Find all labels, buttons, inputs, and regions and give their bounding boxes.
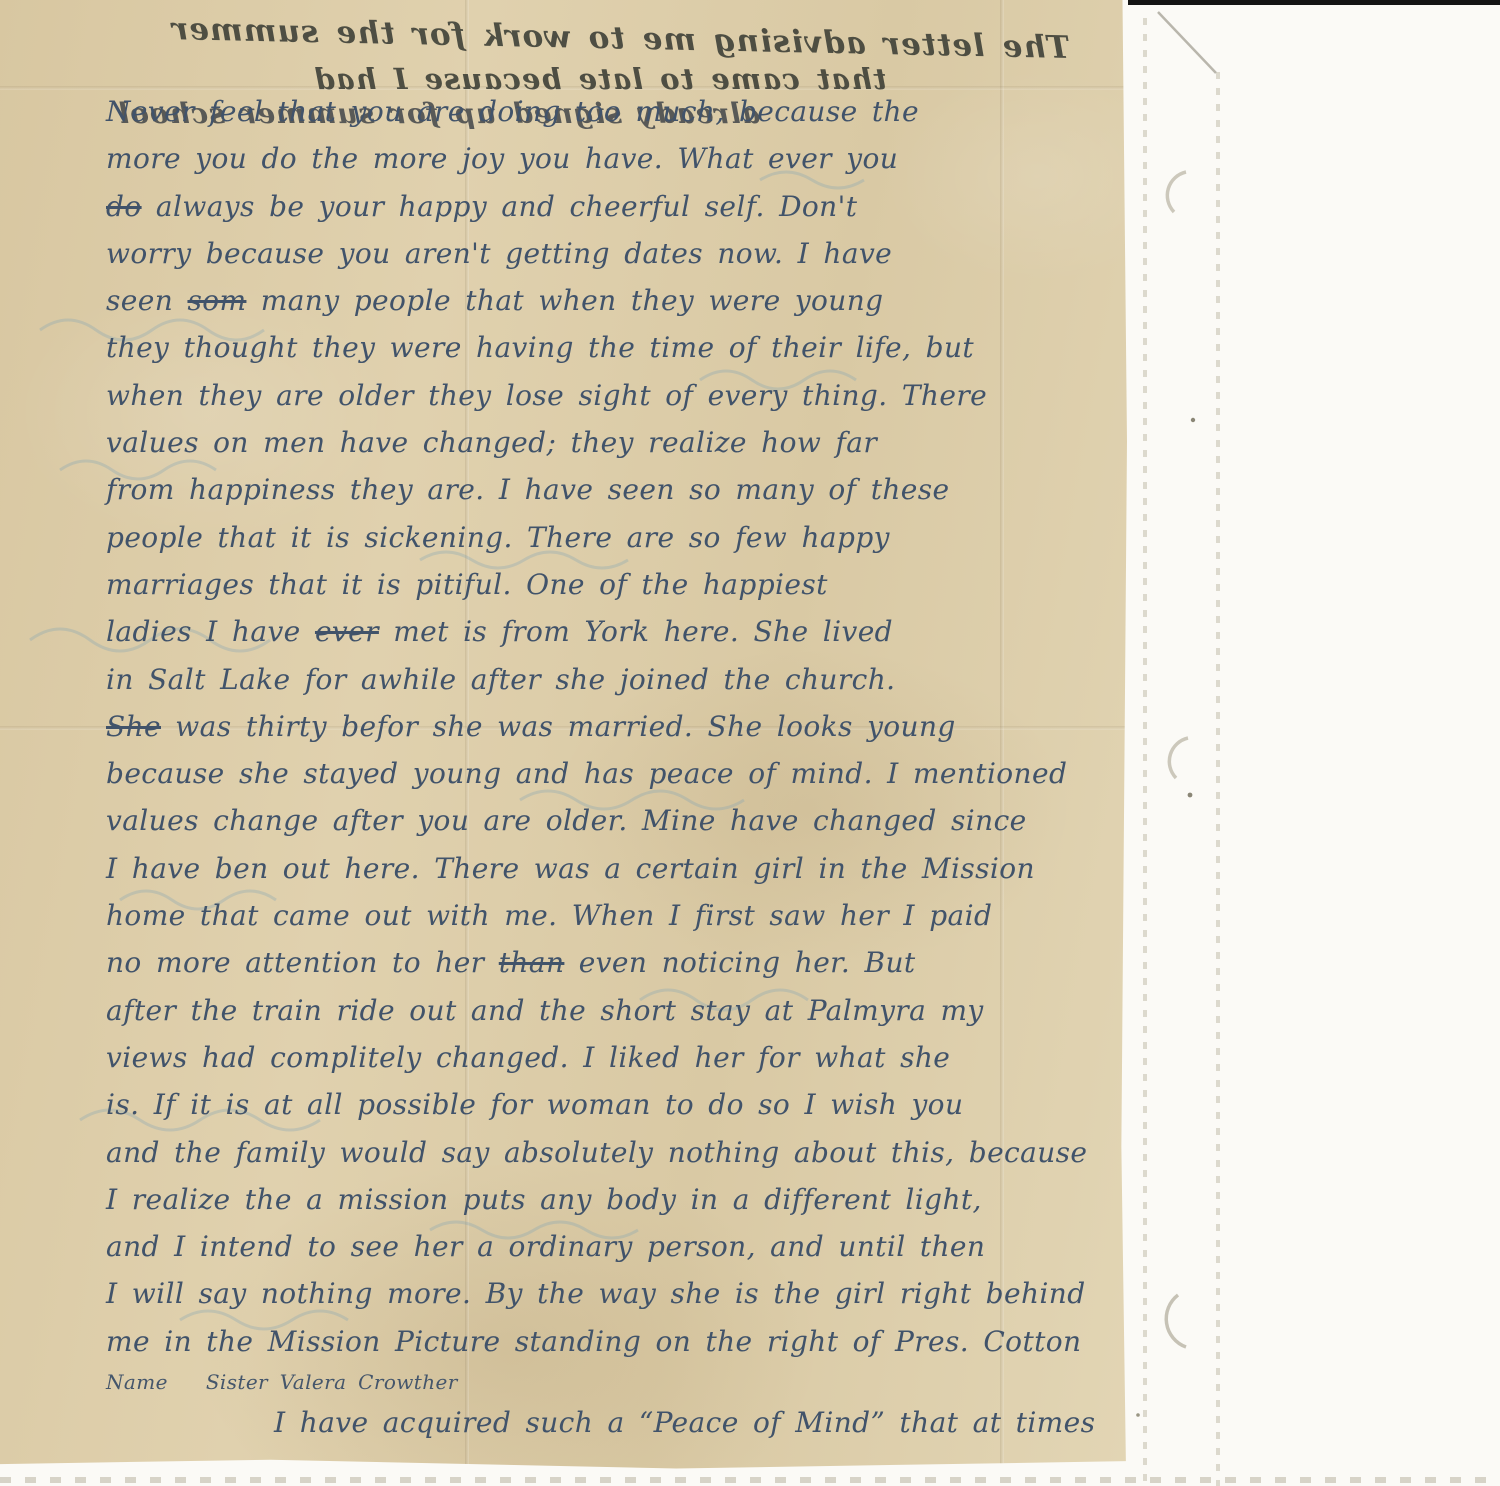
- letter-line: values on men have changed; they realize…: [106, 419, 1114, 466]
- letter-line: worry because you aren't getting dates n…: [106, 230, 1114, 277]
- stitch-line-bottom: [0, 1477, 1500, 1483]
- letter-line: ladies I have ever met is from York here…: [106, 608, 1114, 655]
- bleed-header-line: The letter advising me to work for the s…: [120, 10, 1071, 66]
- letter-line: more you do the more joy you have. What …: [106, 135, 1114, 182]
- letter-line: Never feel that you are doing too much, …: [106, 88, 1114, 135]
- letter-line: I have ben out here. There was a certain…: [106, 845, 1114, 892]
- scan-canvas: The letter advising me to work for the s…: [0, 0, 1500, 1486]
- letter-line: seen som many people that when they were…: [106, 277, 1114, 324]
- letter-line: views had complitely changed. I liked he…: [106, 1034, 1114, 1081]
- letter-body: Never feel that you are doing too much, …: [106, 88, 1114, 1446]
- letter-line: do always be your happy and cheerful sel…: [106, 183, 1114, 230]
- letter-line: She was thirty befor she was married. Sh…: [106, 703, 1114, 750]
- letter-line: me in the Mission Picture standing on th…: [106, 1318, 1114, 1365]
- letter-line: and the family would say absolutely noth…: [106, 1129, 1114, 1176]
- annotation-label: Name: [106, 1370, 168, 1394]
- letter-line: and I intend to see her a ordinary perso…: [106, 1223, 1114, 1270]
- stitch-line-left: [1143, 18, 1147, 1486]
- stitch-line-right: [1216, 72, 1220, 1486]
- letter-lines: Never feel that you are doing too much, …: [106, 88, 1114, 1365]
- letter-line: I will say nothing more. By the way she …: [106, 1270, 1114, 1317]
- letter-page: The letter advising me to work for the s…: [0, 0, 1127, 1470]
- letter-line: people that it is sickening. There are s…: [106, 514, 1114, 561]
- letter-line: from happiness they are. I have seen so …: [106, 466, 1114, 513]
- letter-line: no more attention to her than even notic…: [106, 939, 1114, 986]
- letter-line: marriages that it is pitiful. One of the…: [106, 561, 1114, 608]
- letter-line: after the train ride out and the short s…: [106, 987, 1114, 1034]
- letter-line: home that came out with me. When I first…: [106, 892, 1114, 939]
- annotation-value: Sister Valera Crowther: [206, 1370, 458, 1394]
- letter-line: when they are older they lose sight of e…: [106, 372, 1114, 419]
- letter-line: in Salt Lake for awhile after she joined…: [106, 656, 1114, 703]
- sheet-protector-margin: [1125, 0, 1500, 1486]
- letter-closing-line: I have acquired such a “Peace of Mind” t…: [106, 1399, 1114, 1446]
- letter-line: they thought they were having the time o…: [106, 324, 1114, 371]
- photo-name-annotation: NameSister Valera Crowther: [106, 1367, 1114, 1397]
- letter-line: because she stayed young and has peace o…: [106, 750, 1114, 797]
- letter-line: values change after you are older. Mine …: [106, 797, 1114, 844]
- letter-line: is. If it is at all possible for woman t…: [106, 1081, 1114, 1128]
- scanner-edge-strip: [1128, 0, 1500, 5]
- letter-line: I realize the a mission puts any body in…: [106, 1176, 1114, 1223]
